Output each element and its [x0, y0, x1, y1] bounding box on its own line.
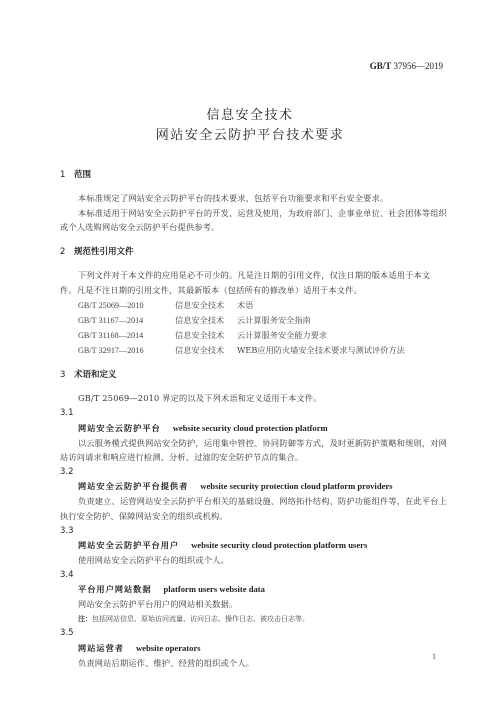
term-definition: 使用网站安全云防护平台的组织或个人。 [78, 555, 229, 566]
paragraph: 或个人选购网站安全云防护平台提供参考。 [60, 222, 219, 233]
term-heading: 平台用户网站数据platform users website data [78, 584, 265, 595]
paragraph: 件。凡是不注日期的引用文件，其最新版本（包括所有的修改单）适用于本文件。 [60, 285, 362, 296]
section-3-heading: 3术语和定义 [60, 368, 117, 380]
term-number: 3.3 [60, 526, 74, 536]
paragraph: 下列文件对于本文件的应用是必不可少的。凡是注日期的引用文件，仅注日期的版本适用于… [78, 270, 430, 281]
term-heading: 网站安全云防护平台提供者website security protection … [78, 481, 393, 492]
paragraph: GB/T 25069—2010 界定的以及下列术语和定义适用于本文件。 [78, 393, 322, 404]
term-number: 3.1 [60, 408, 74, 418]
section-1-heading: 1范围 [60, 168, 91, 180]
term-definition: 执行安全防护、保障网站安全的组织或机构。 [60, 511, 228, 522]
term-heading: 网站安全云防护平台website security cloud protecti… [78, 423, 328, 434]
term-number: 3.5 [60, 628, 74, 638]
reference-item: GB/T 25069—2010信息安全技术术语 [78, 300, 253, 311]
section-2-heading: 2规范性引用文件 [60, 245, 134, 257]
term-definition: 负责建立、运营网站安全云防护平台相关的基础设施、网络拓扑结构、防护功能组件等，在… [78, 496, 447, 507]
doc-title-line2: 网站安全云防护平台技术要求 [0, 124, 500, 143]
term-definition: 负责网站后期运作、维护、经营的组织或个人。 [78, 658, 254, 669]
term-definition: 站访问请求和响应进行检测、分析、过滤的安全防护节点的集合。 [60, 452, 303, 463]
doc-title-line1: 信息安全技术 [0, 104, 500, 123]
term-definition: 以云服务模式提供网站安全防护，运用集中管控、协同防御等方式，及时更新防护策略和规… [78, 438, 447, 449]
term-definition: 网站安全云防护平台用户的网站相关数据。 [78, 599, 237, 610]
paragraph: 本标准规定了网站安全云防护平台的技术要求，包括平台功能要求和平台安全要求。 [78, 193, 388, 204]
paragraph: 本标准适用于网站安全云防护平台的开发、运营及使用，为政府部门、企事业单位、社会团… [78, 208, 447, 219]
term-note: 注：包括网站信息、原始访问流量、访问日志、操作日志、被攻击日志等。 [78, 614, 309, 624]
reference-item: GB/T 31168—2014信息安全技术云计算服务安全能力要求 [78, 330, 327, 341]
reference-item: GB/T 32917—2016信息安全技术WEB应用防火墙安全技术要求与测试评价… [78, 345, 405, 356]
reference-item: GB/T 31167—2014信息安全技术云计算服务安全指南 [78, 315, 311, 326]
term-heading: 网站安全云防护平台用户website security cloud protec… [78, 540, 367, 551]
term-number: 3.2 [60, 467, 74, 477]
page-number: 1 [432, 652, 436, 661]
term-number: 3.4 [60, 570, 74, 580]
term-heading: 网站运营者website operators [78, 643, 201, 654]
standard-code: GB/T 37956—2019 [370, 61, 443, 71]
